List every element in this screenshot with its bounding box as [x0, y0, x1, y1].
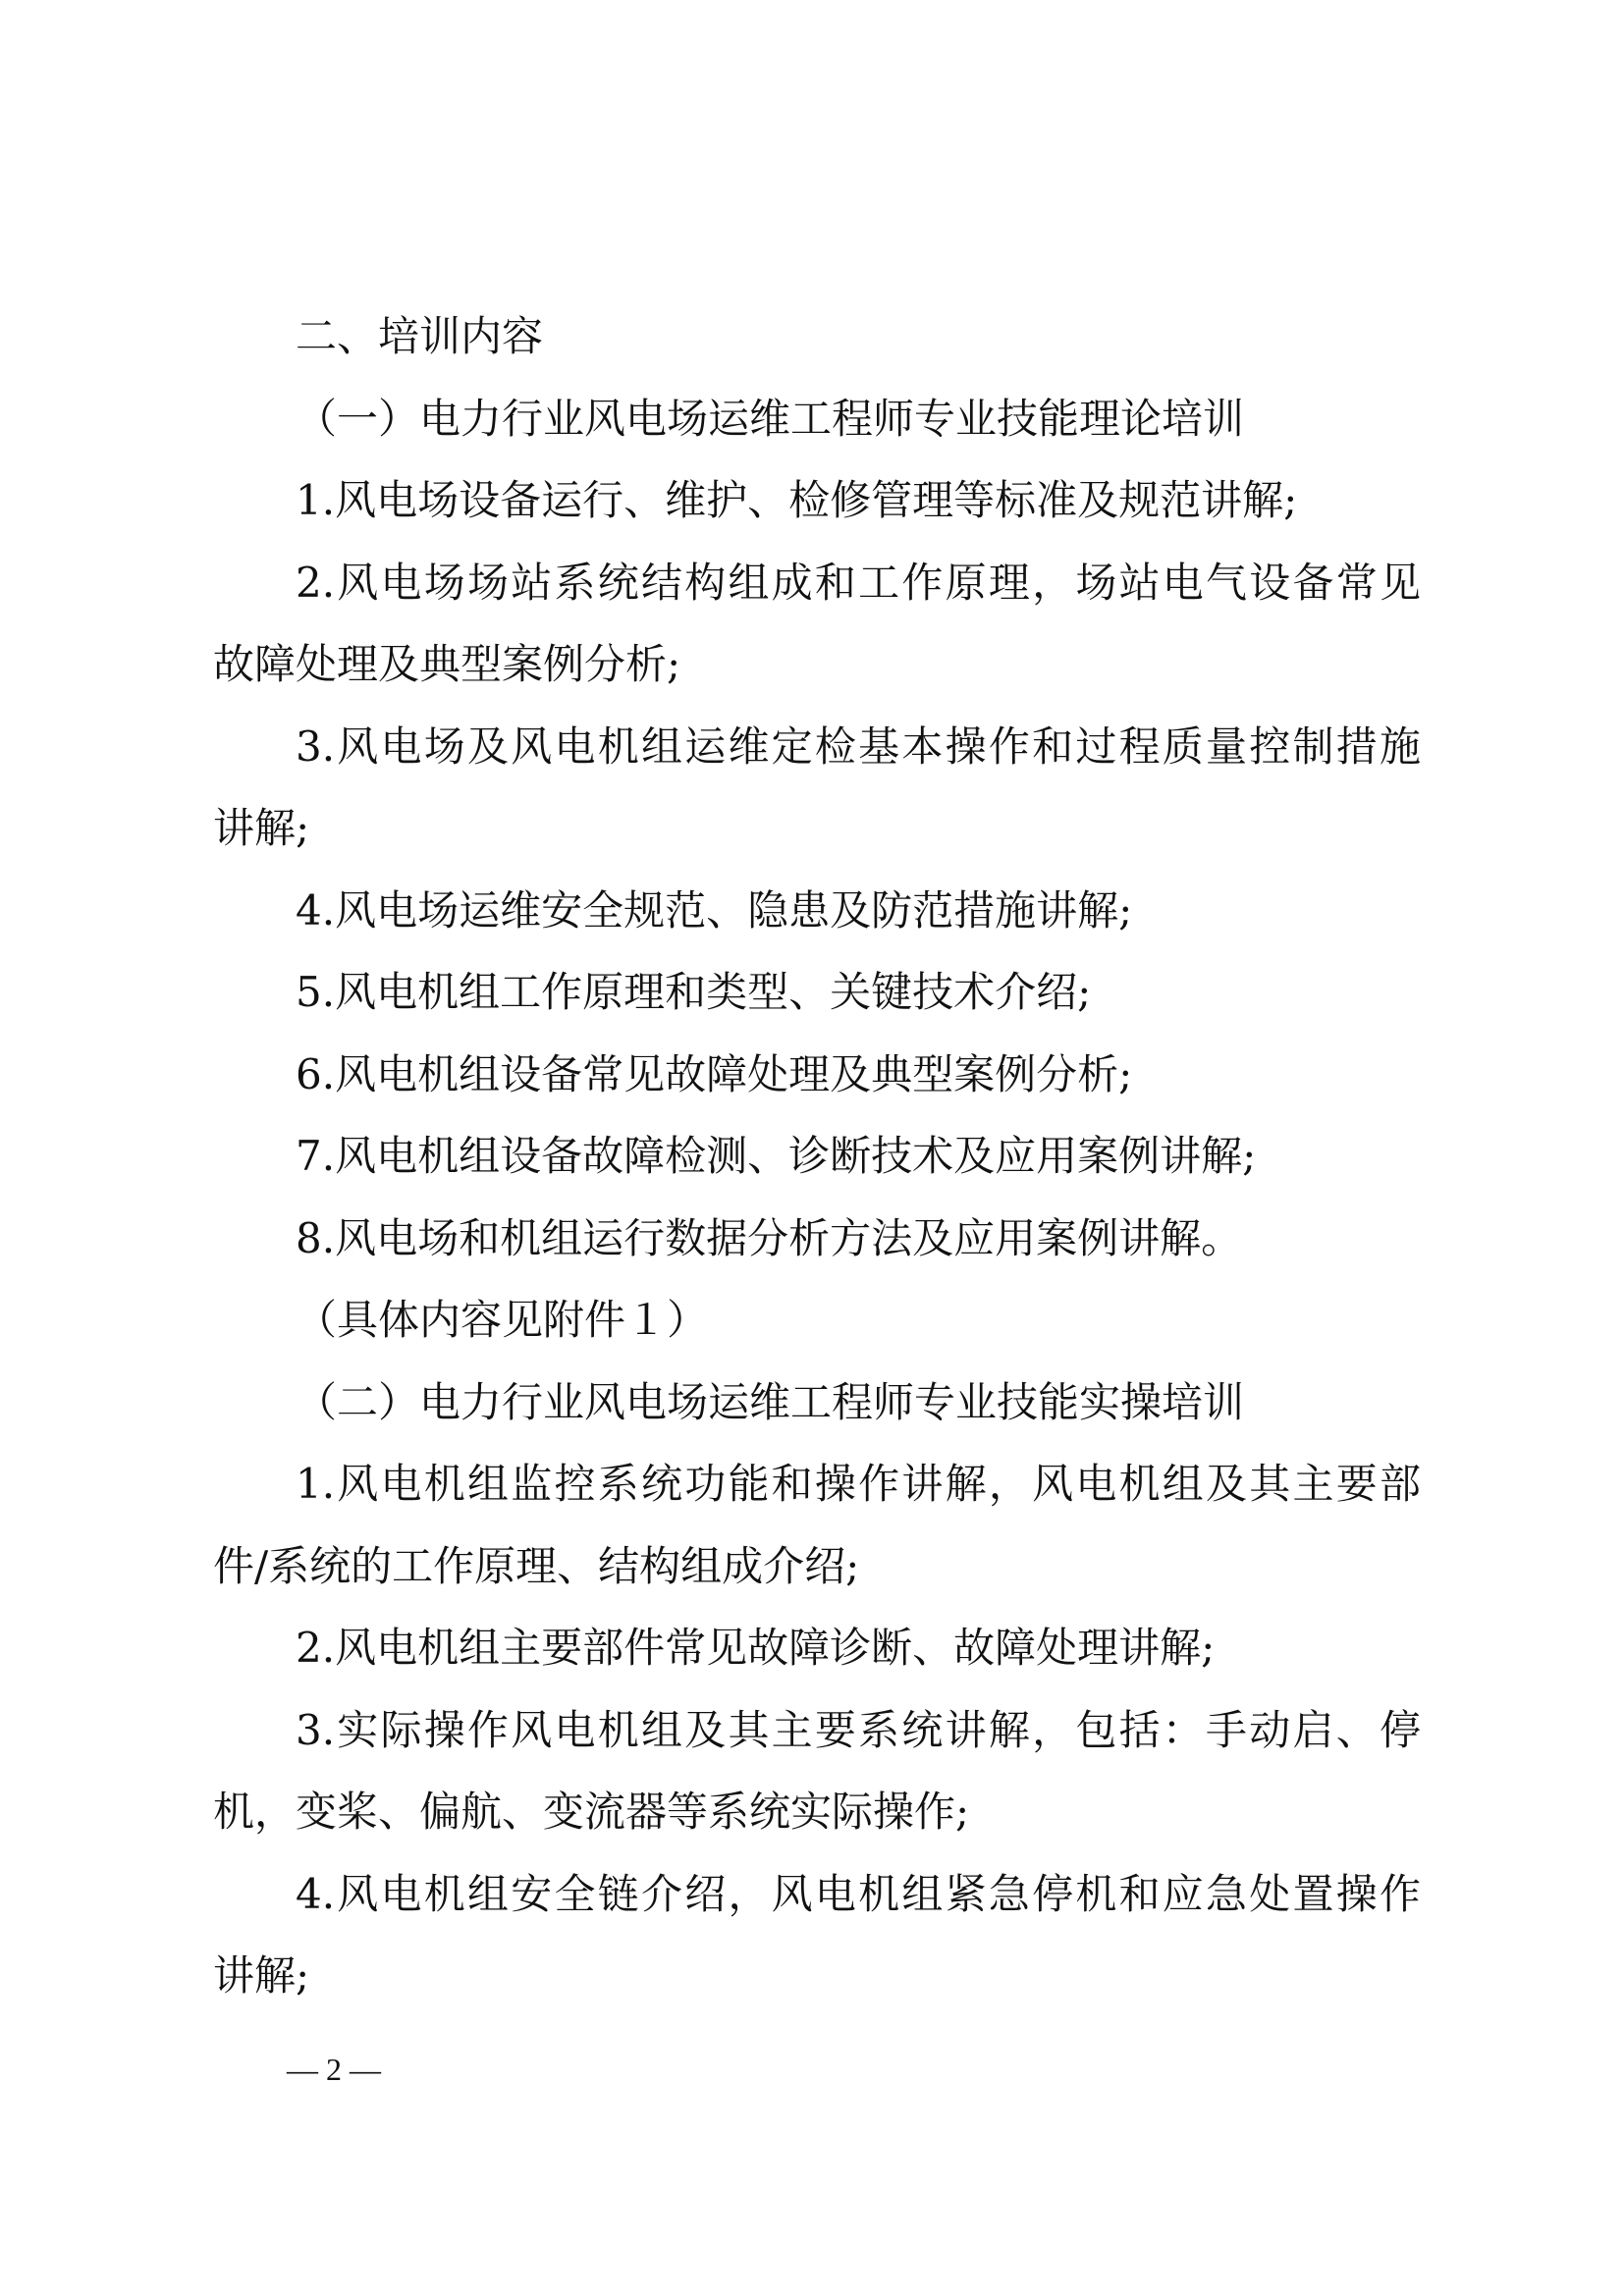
practical-item-1-continuation: 件/系统的工作原理、结构组成介绍;: [213, 1525, 1421, 1608]
theory-item-8: 8.风电场和机组运行数据分析方法及应用案例讲解。: [213, 1198, 1421, 1280]
subsection-title-practical: （二）电力行业风电场运维工程师专业技能实操培训: [213, 1362, 1421, 1444]
theory-item-6: 6.风电机组设备常见故障处理及典型案例分析;: [213, 1034, 1421, 1116]
practical-item-4-continuation: 讲解;: [213, 1935, 1421, 2017]
practical-item-3: 3.实际操作风电机组及其主要系统讲解，包括：手动启、停: [213, 1689, 1421, 1772]
section-heading: 二、培训内容: [213, 295, 1421, 378]
document-body: 二、培训内容 （一）电力行业风电场运维工程师专业技能理论培训 1.风电场设备运行…: [213, 295, 1421, 2017]
practical-item-2: 2.风电机组主要部件常见故障诊断、故障处理讲解;: [213, 1607, 1421, 1689]
theory-item-7: 7.风电机组设备故障检测、诊断技术及应用案例讲解;: [213, 1115, 1421, 1198]
theory-item-3-continuation: 讲解;: [213, 787, 1421, 870]
theory-item-4: 4.风电场运维安全规范、隐患及防范措施讲解;: [213, 870, 1421, 952]
practical-item-3-continuation: 机，变桨、偏航、变流器等系统实际操作;: [213, 1771, 1421, 1853]
theory-item-3: 3.风电场及风电机组运维定检基本操作和过程质量控制措施: [213, 706, 1421, 788]
theory-item-2: 2.风电场场站系统结构组成和工作原理，场站电气设备常见: [213, 542, 1421, 624]
practical-item-1: 1.风电机组监控系统功能和操作讲解，风电机组及其主要部: [213, 1443, 1421, 1525]
page-number: — 2 —: [265, 2050, 403, 2089]
attachment-note: （具体内容见附件１）: [213, 1279, 1421, 1362]
practical-item-4: 4.风电机组安全链介绍，风电机组紧急停机和应急处置操作: [213, 1853, 1421, 1936]
theory-item-5: 5.风电机组工作原理和类型、关键技术介绍;: [213, 951, 1421, 1034]
theory-item-1: 1.风电场设备运行、维护、检修管理等标准及规范讲解;: [213, 459, 1421, 542]
subsection-title-theory: （一）电力行业风电场运维工程师专业技能理论培训: [213, 378, 1421, 460]
theory-item-2-continuation: 故障处理及典型案例分析;: [213, 623, 1421, 706]
